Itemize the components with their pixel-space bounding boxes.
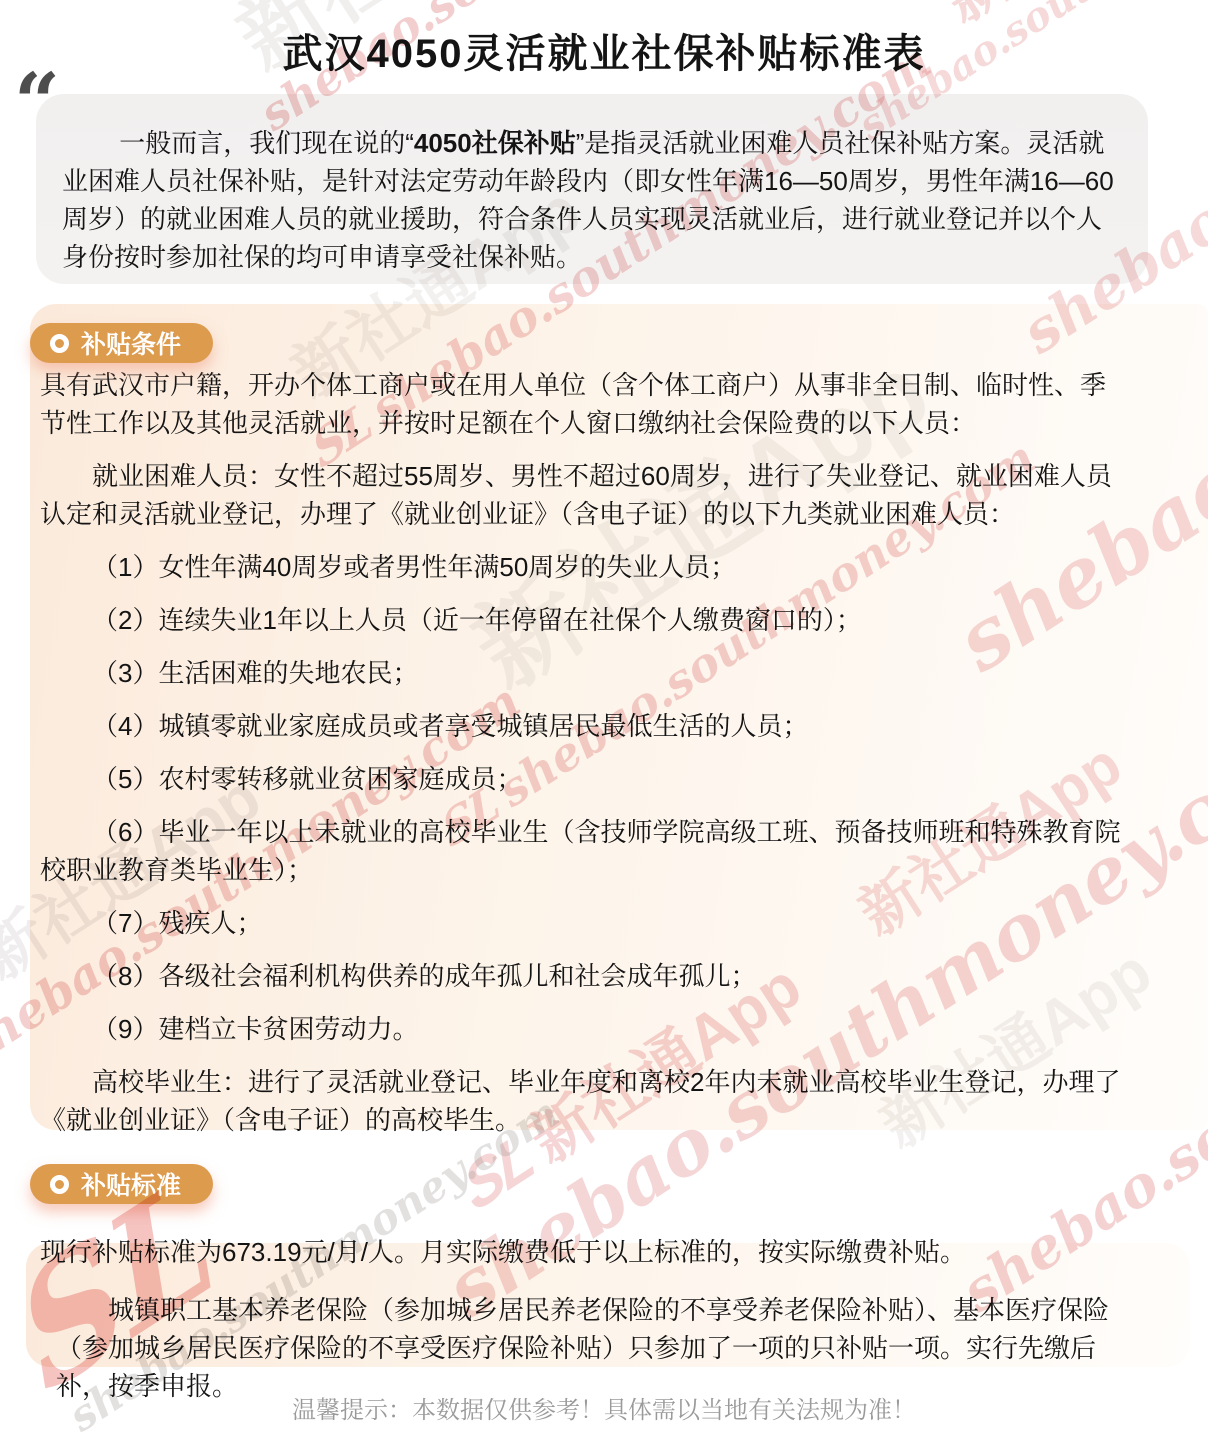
conditions-content: 具有武汉市户籍，开办个体工商户或在用人单位（含个体工商户）从事非全日制、临时性、…	[40, 366, 1128, 1154]
article-page: 武汉4050灵活就业社保补贴标准表 “ 一般而言，我们现在说的“4050社保补贴…	[0, 0, 1208, 1452]
condition-item: （4）城镇零就业家庭成员或者享受城镇居民最低生活的人员；	[40, 707, 1128, 745]
intro-text-highlight: 4050社保补贴	[414, 128, 576, 158]
condition-item: （6）毕业一年以上未就业的高校毕业生（含技师学院高级工班、预备技师班和特殊教育院…	[40, 813, 1128, 889]
condition-item: （2）连续失业1年以上人员（近一年停留在社保个人缴费窗口的）；	[40, 601, 1128, 639]
intro-paragraph: 一般而言，我们现在说的“4050社保补贴”是指灵活就业困难人员社保补贴方案。灵活…	[62, 124, 1124, 276]
conditions-section-title: 补贴条件	[81, 325, 181, 361]
condition-item: （9）建档立卡贫困劳动力。	[40, 1010, 1128, 1048]
conditions-section-pill: 补贴条件	[30, 323, 213, 363]
intro-text-lead: 一般而言，我们现在说的“	[119, 128, 414, 158]
standard-paragraph: 城镇职工基本养老保险（参加城乡居民养老保险的不享受养老保险补贴）、基本医疗保险（…	[26, 1269, 1190, 1405]
opening-quote-icon: “	[14, 62, 60, 142]
conditions-paragraph: 高校毕业生：进行了灵活就业登记、毕业年度和离校2年内未就业高校毕业生登记，办理了…	[40, 1063, 1128, 1139]
page-title: 武汉4050灵活就业社保补贴标准表	[0, 22, 1208, 79]
footer-note: 温馨提示：本数据仅供参考！具体需以当地有关法规为准！	[0, 1390, 1208, 1425]
ring-icon	[50, 1175, 69, 1194]
condition-item: （5）农村零转移就业贫困家庭成员；	[40, 760, 1128, 798]
standard-section-title: 补贴标准	[81, 1166, 181, 1202]
standard-section-pill: 补贴标准	[30, 1164, 213, 1204]
condition-item: （3）生活困难的失地农民；	[40, 654, 1128, 692]
standard-paragraph: 现行补贴标准为673.19元/月/人。月实际缴费低于以上标准的，按实际缴费补贴。	[40, 1234, 1150, 1270]
ring-icon	[50, 334, 69, 353]
conditions-paragraph: 就业困难人员：女性不超过55周岁、男性不超过60周岁，进行了失业登记、就业困难人…	[40, 457, 1128, 533]
condition-item: （8）各级社会福利机构供养的成年孤儿和社会成年孤儿；	[40, 957, 1128, 995]
intro-card: 一般而言，我们现在说的“4050社保补贴”是指灵活就业困难人员社保补贴方案。灵活…	[36, 94, 1148, 284]
condition-item: （1）女性年满40周岁或者男性年满50周岁的失业人员；	[40, 548, 1128, 586]
condition-item: （7）残疾人；	[40, 904, 1128, 942]
conditions-paragraph: 具有武汉市户籍，开办个体工商户或在用人单位（含个体工商户）从事非全日制、临时性、…	[40, 366, 1128, 442]
